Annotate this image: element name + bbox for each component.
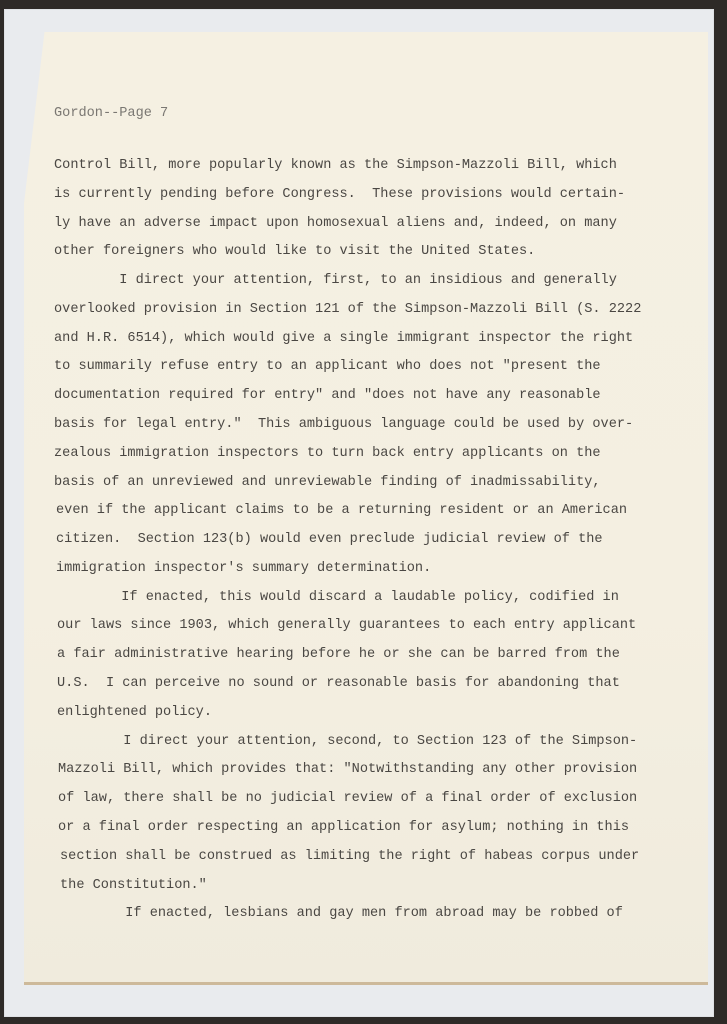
page-edge bbox=[24, 982, 708, 985]
text-line: ly have an adverse impact upon homosexua… bbox=[54, 216, 617, 231]
text-line: zealous immigration inspectors to turn b… bbox=[54, 446, 601, 461]
text-line: or a final order respecting an applicati… bbox=[58, 820, 629, 835]
text-line: Control Bill, more popularly known as th… bbox=[54, 158, 617, 173]
text-line: immigration inspector's summary determin… bbox=[56, 561, 431, 576]
text-line: If enacted, lesbians and gay men from ab… bbox=[60, 906, 623, 921]
text-line: section shall be construed as limiting t… bbox=[60, 849, 639, 864]
text-line: enlightened policy. bbox=[57, 705, 212, 720]
page-header: Gordon--Page 7 bbox=[54, 106, 168, 121]
text-line: Mazzoli Bill, which provides that: "Notw… bbox=[58, 762, 637, 777]
text-line: our laws since 1903, which generally gua… bbox=[57, 618, 636, 633]
text-line: I direct your attention, second, to Sect… bbox=[58, 734, 637, 749]
text-line: and H.R. 6514), which would give a singl… bbox=[54, 331, 633, 346]
text-line: is currently pending before Congress. Th… bbox=[54, 187, 625, 202]
text-line: a fair administrative hearing before he … bbox=[57, 647, 620, 662]
text-line: basis of an unreviewed and unreviewable … bbox=[54, 475, 601, 490]
text-line: even if the applicant claims to be a ret… bbox=[56, 503, 627, 518]
text-line: to summarily refuse entry to an applican… bbox=[54, 359, 601, 374]
text-line: overlooked provision in Section 121 of t… bbox=[54, 302, 641, 317]
text-line: U.S. I can perceive no sound or reasonab… bbox=[57, 676, 620, 691]
text-line: citizen. Section 123(b) would even precl… bbox=[56, 532, 603, 547]
text-line: If enacted, this would discard a laudabl… bbox=[56, 590, 619, 605]
text-line: I direct your attention, first, to an in… bbox=[54, 273, 617, 288]
text-line: documentation required for entry" and "d… bbox=[54, 388, 601, 403]
text-line: basis for legal entry." This ambiguous l… bbox=[54, 417, 633, 432]
text-line: other foreigners who would like to visit… bbox=[54, 244, 535, 259]
text-line: the Constitution." bbox=[60, 878, 207, 893]
text-line: of law, there shall be no judicial revie… bbox=[58, 791, 637, 806]
